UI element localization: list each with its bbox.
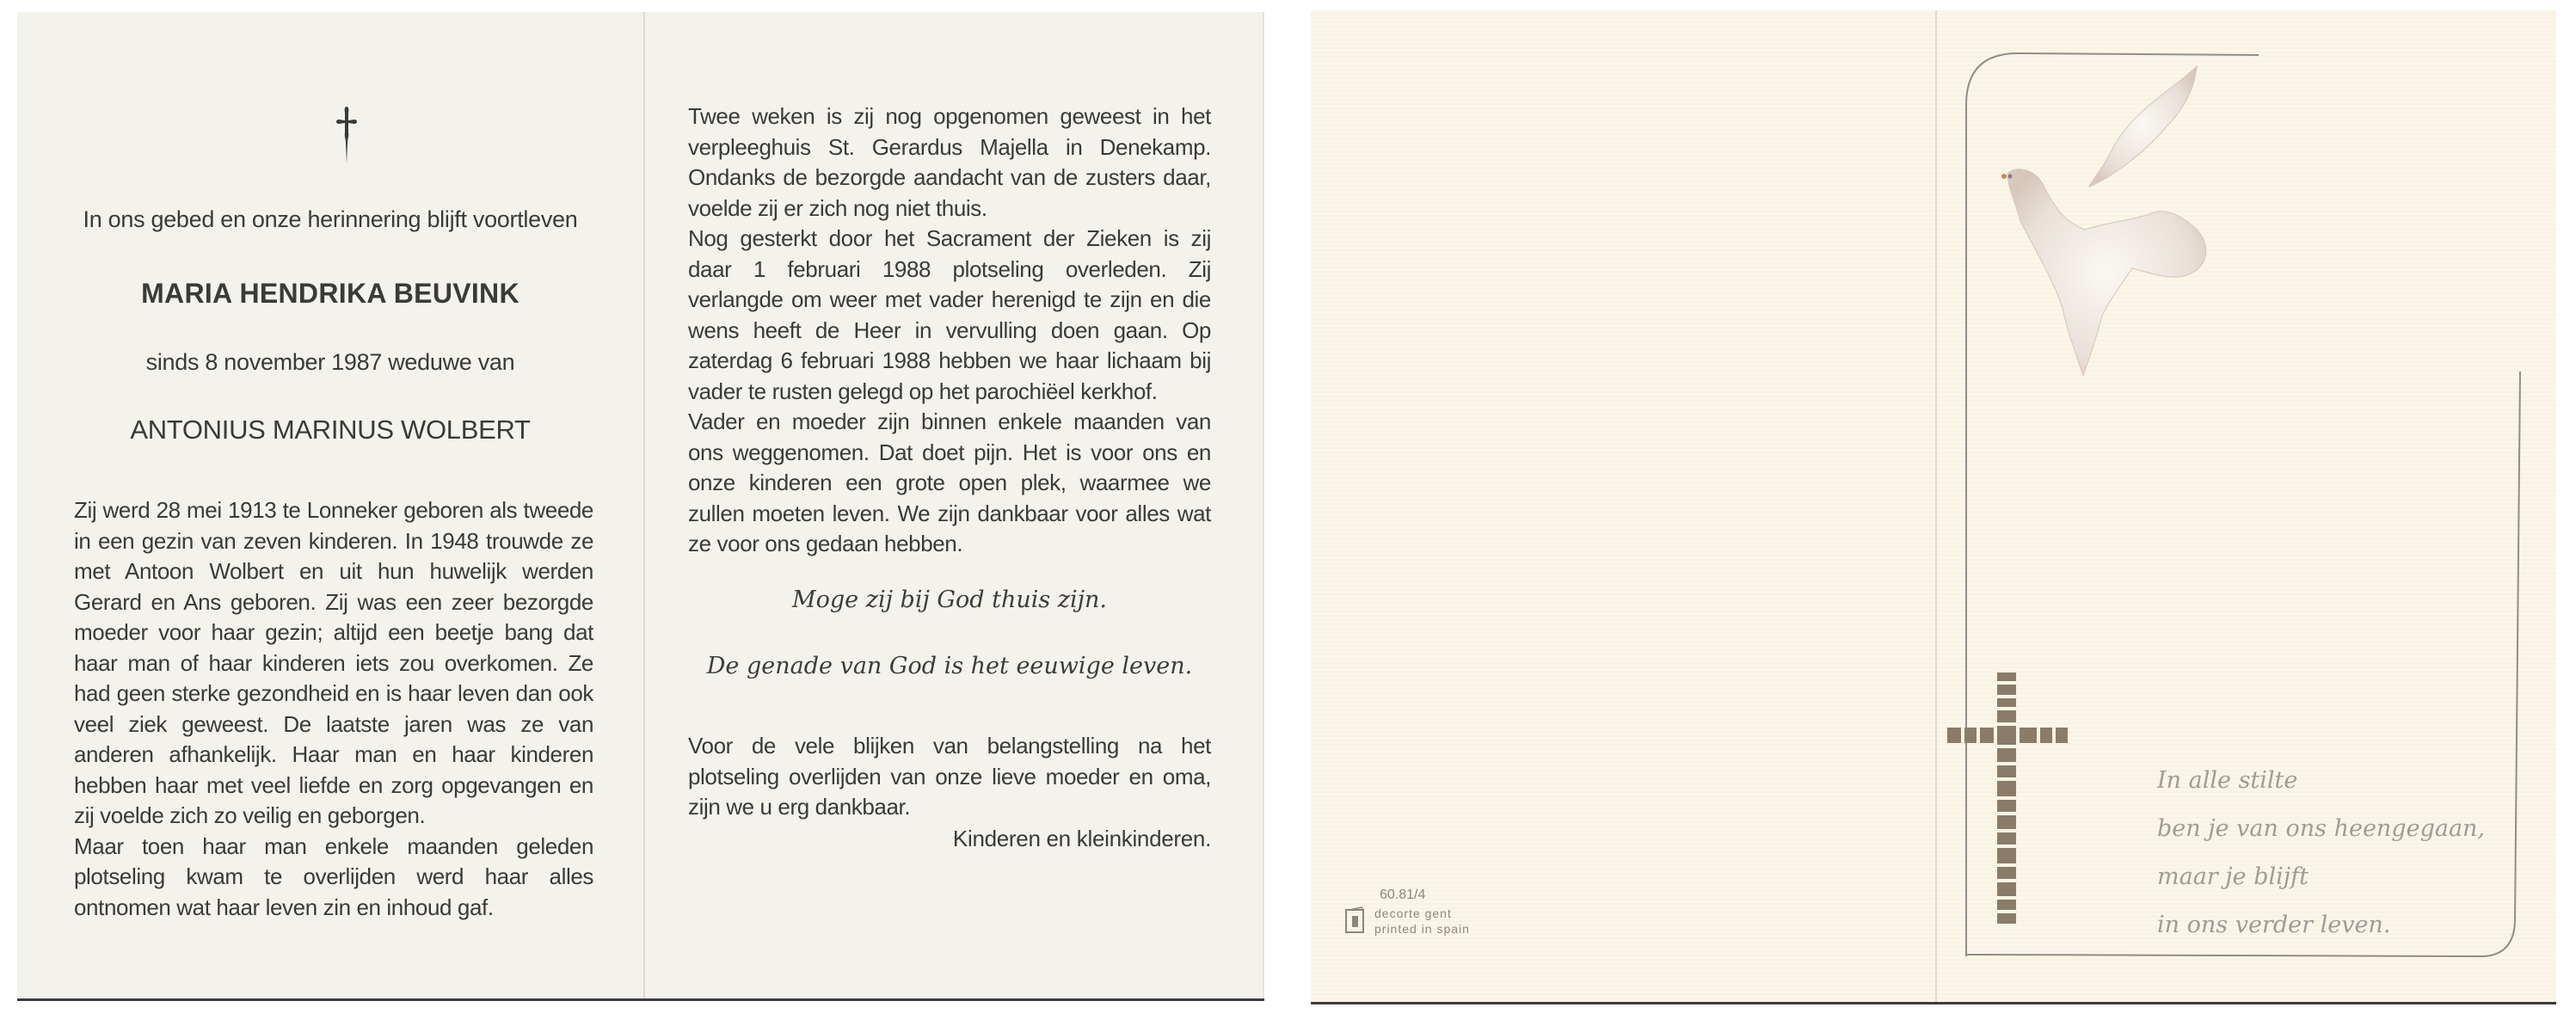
signature: Kinderen en kleinkinderen. [953, 826, 1211, 852]
biography-paragraph: Zij werd 28 mei 1913 te Lonneker geboren… [74, 495, 593, 832]
fold-line [643, 12, 645, 998]
intro-line: In ons gebed en onze herinnering blijft … [17, 206, 643, 233]
prayer-line-2: De genade van God is het eeuwige leven. [688, 653, 1211, 679]
widow-line: sinds 8 november 1987 weduwe van [17, 349, 643, 376]
poem-line: maar je blijft [2157, 853, 2485, 901]
biography-paragraph: Maar toen haar man enkele maanden gelede… [74, 832, 593, 924]
deceased-name: MARIA HENDRIKA BEUVINK [17, 278, 643, 310]
biography-text: Zij werd 28 mei 1913 te Lonneker geboren… [74, 495, 593, 923]
memorial-card-inside: In ons gebed en onze herinnering blijft … [17, 12, 1264, 1001]
narrative-paragraph: Vader en moeder zijn binnen enkele maand… [688, 407, 1211, 560]
right-panel: Twee weken is zij nog opgenomen geweest … [688, 12, 1239, 998]
memorial-poem: In alle stilte ben je van ons heengegaan… [2157, 757, 2485, 949]
small-cross-icon [334, 105, 360, 165]
left-panel: In ons gebed en onze herinnering blijft … [17, 12, 643, 998]
thanks-text: Voor de vele blijken van belangstelling … [688, 731, 1211, 823]
poem-line: In alle stilte [2157, 757, 2485, 805]
narrative-paragraph: Nog gesterkt door het Sacrament der Ziek… [688, 224, 1211, 407]
prayer-line-1: Moge zij bij God thuis zijn. [688, 587, 1211, 613]
husband-name: ANTONIUS MARINUS WOLBERT [17, 415, 643, 445]
memorial-card-outside: 60.81/4 decorte gent printed in spain [1311, 10, 2556, 1004]
narrative-text: Twee weken is zij nog opgenomen geweest … [688, 101, 1211, 560]
narrative-paragraph: Twee weken is zij nog opgenomen geweest … [688, 101, 1211, 224]
lettered-cross-icon [1947, 673, 2076, 931]
dove-icon [1982, 58, 2240, 384]
poem-line: in ons verder leven. [2157, 901, 2485, 949]
poem-line: ben je van ons heengegaan, [2157, 805, 2485, 853]
